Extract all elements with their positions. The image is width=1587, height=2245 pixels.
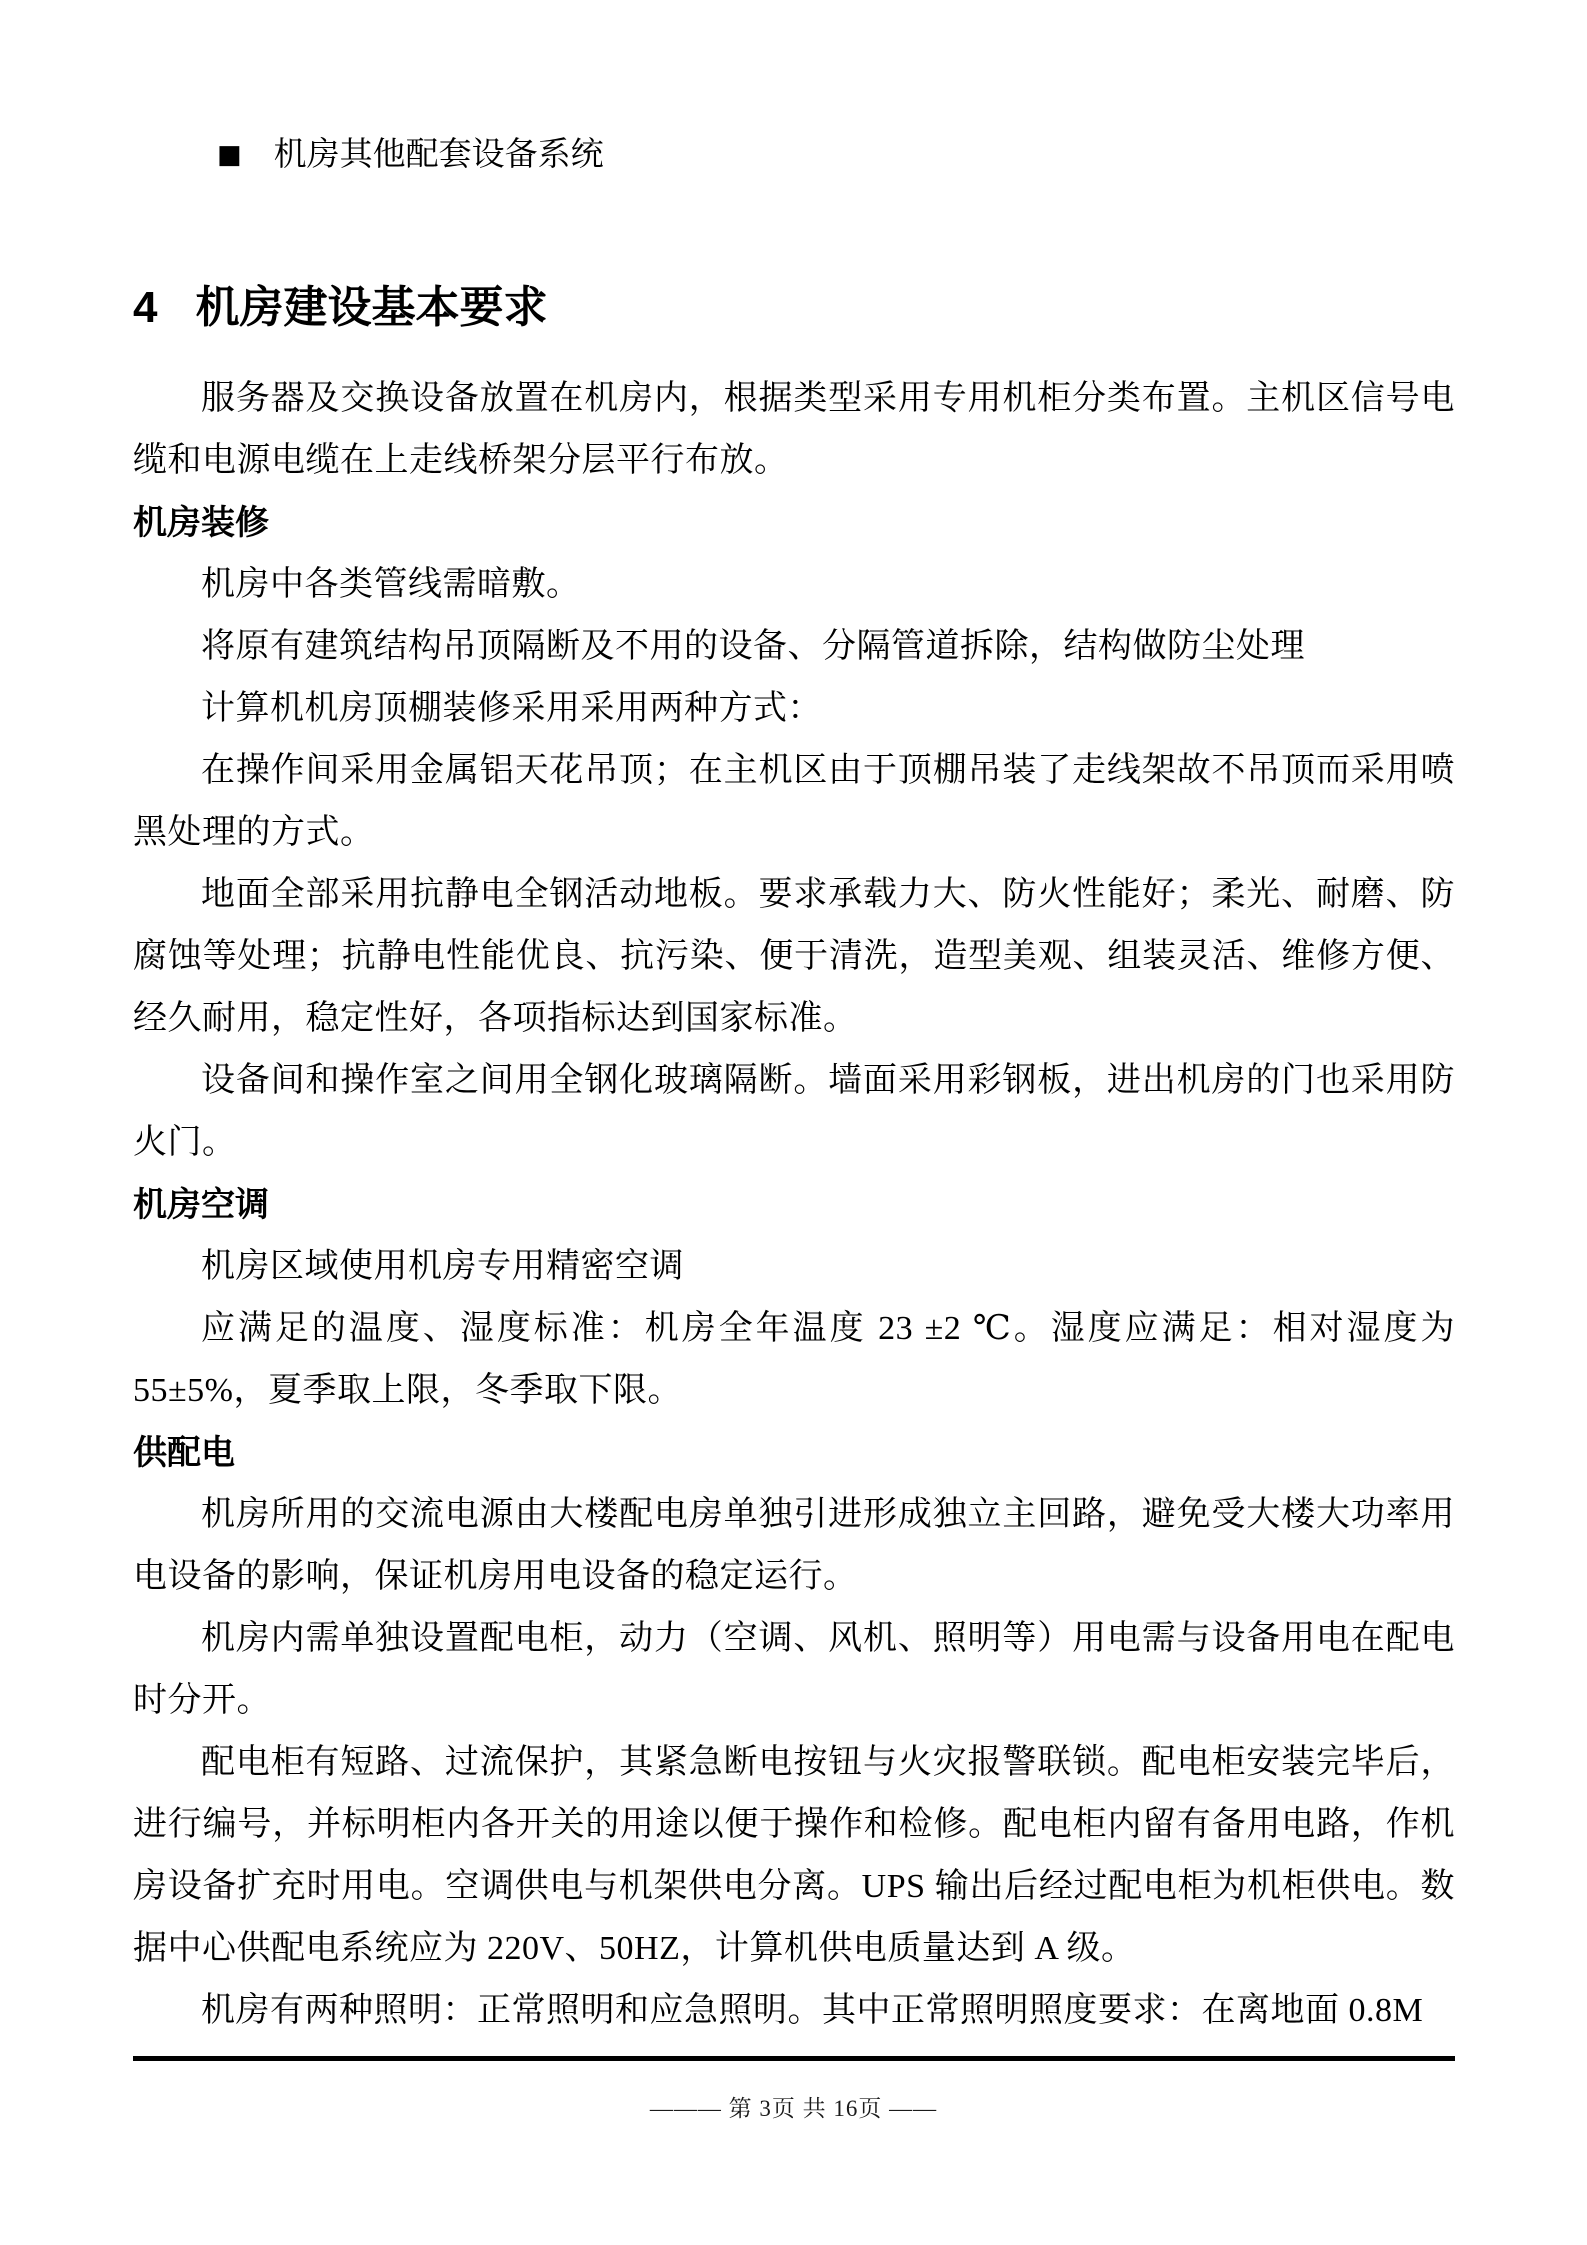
subheading: 机房装修 xyxy=(133,492,1455,554)
paragraph: 将原有建筑结构吊顶隔断及不用的设备、分隔管道拆除，结构做防尘处理 xyxy=(133,616,1455,678)
paragraph: 机房所用的交流电源由大楼配电房单独引进形成独立主回路，避免受大楼大功率用电设备的… xyxy=(133,1484,1455,1608)
body-text: 服务器及交换设备放置在机房内，根据类型采用专用机柜分类布置。主机区信号电缆和电源… xyxy=(133,368,1455,2042)
paragraph: 机房有两种照明：正常照明和应急照明。其中正常照明照度要求：在离地面 0.8M xyxy=(133,1980,1455,2042)
document-page: ■ 机房其他配套设备系统 4 机房建设基本要求 服务器及交换设备放置在机房内，根… xyxy=(0,0,1587,2245)
section-title: 机房建设基本要求 xyxy=(195,272,547,344)
paragraph: 计算机机房顶棚装修采用采用两种方式： xyxy=(133,678,1455,740)
subheading: 供配电 xyxy=(133,1422,1455,1484)
paragraph: 机房中各类管线需暗敷。 xyxy=(133,554,1455,616)
footer-divider xyxy=(133,2056,1455,2061)
paragraph: 机房区域使用机房专用精密空调 xyxy=(133,1236,1455,1298)
section-number: 4 xyxy=(133,272,157,344)
paragraph: 地面全部采用抗静电全钢活动地板。要求承载力大、防火性能好；柔光、耐磨、防腐蚀等处… xyxy=(133,864,1455,1050)
section-heading: 4 机房建设基本要求 xyxy=(133,272,1455,344)
paragraph: 服务器及交换设备放置在机房内，根据类型采用专用机柜分类布置。主机区信号电缆和电源… xyxy=(133,368,1455,492)
list-item-text: 机房其他配套设备系统 xyxy=(274,130,604,180)
list-item: ■ 机房其他配套设备系统 xyxy=(217,130,1455,180)
paragraph: 在操作间采用金属铝天花吊顶；在主机区由于顶棚吊装了走线架故不吊顶而采用喷黑处理的… xyxy=(133,740,1455,864)
paragraph: 配电柜有短路、过流保护，其紧急断电按钮与火灾报警联锁。配电柜安装完毕后，进行编号… xyxy=(133,1732,1455,1980)
document-content: ■ 机房其他配套设备系统 4 机房建设基本要求 服务器及交换设备放置在机房内，根… xyxy=(133,130,1455,2042)
page-number-footer: ——— 第 3页 共 16页 —— xyxy=(0,2090,1587,2123)
paragraph: 设备间和操作室之间用全钢化玻璃隔断。墙面采用彩钢板，进出机房的门也采用防火门。 xyxy=(133,1050,1455,1174)
subheading: 机房空调 xyxy=(133,1174,1455,1236)
square-bullet-icon: ■ xyxy=(217,130,242,180)
paragraph: 应满足的温度、湿度标准：机房全年温度 23 ±2 ℃。湿度应满足：相对湿度为 5… xyxy=(133,1298,1455,1422)
paragraph: 机房内需单独设置配电柜，动力（空调、风机、照明等）用电需与设备用电在配电时分开。 xyxy=(133,1608,1455,1732)
